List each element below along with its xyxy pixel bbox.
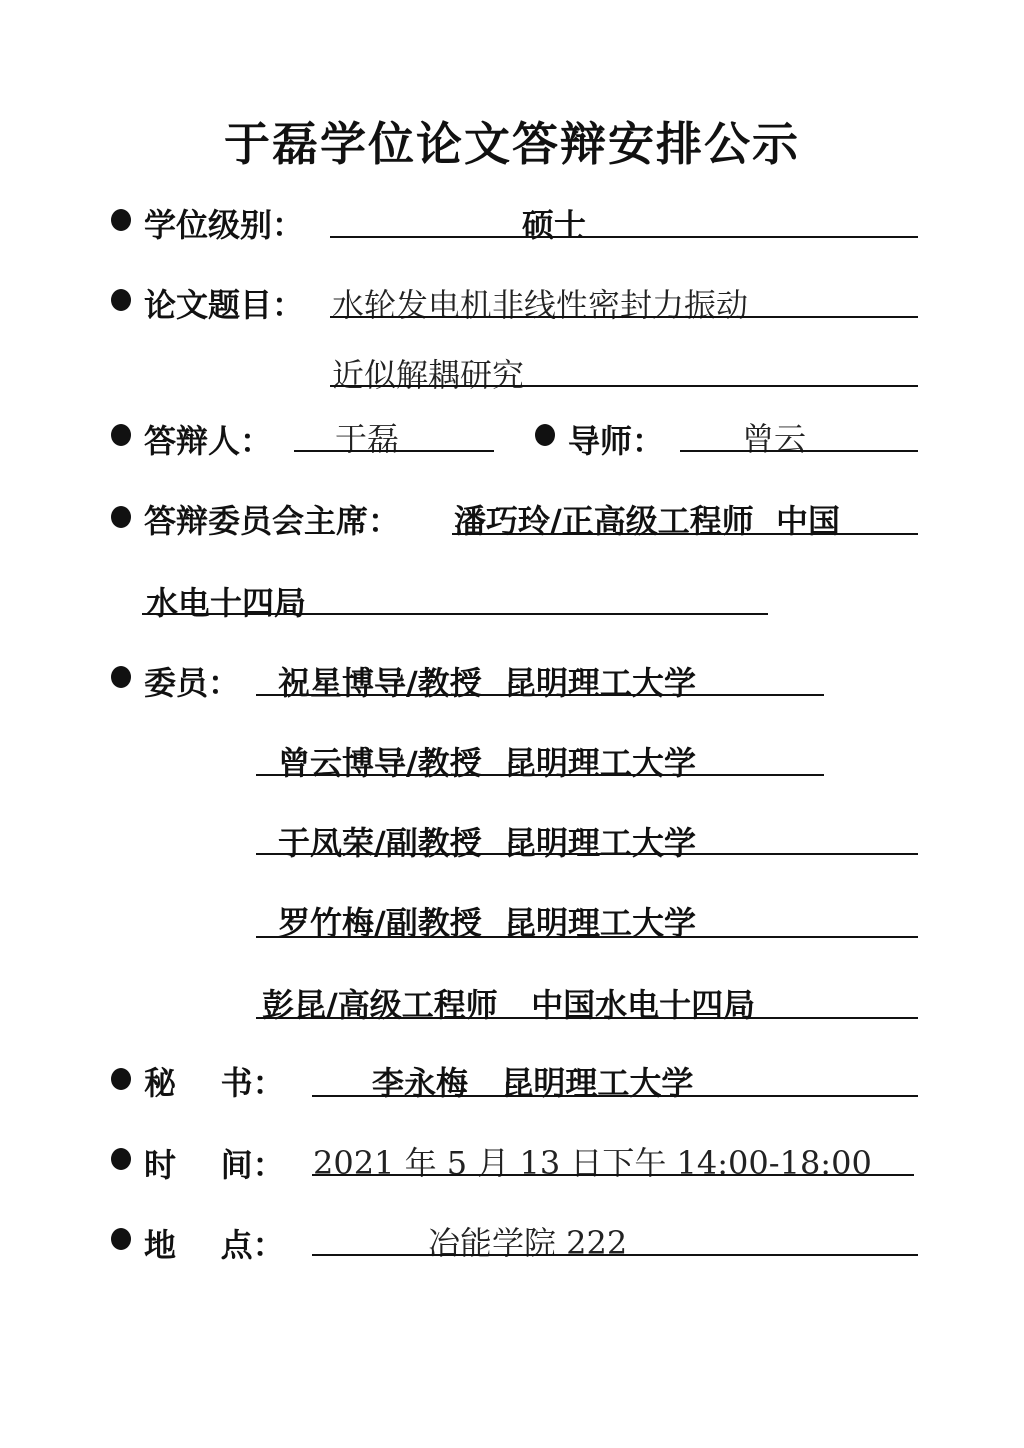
thesis-label: 论文题目： xyxy=(144,280,304,326)
advisor-underline xyxy=(680,450,918,452)
advisor-value: 曾云 xyxy=(742,414,806,460)
degree-value: 硕士 xyxy=(522,200,586,246)
bullet-icon xyxy=(111,666,131,688)
chair-value-line1: 潘巧玲/正高级工程师 中国 xyxy=(454,496,840,542)
member-underline xyxy=(256,1017,918,1019)
chair-label: 答辩委员会主席： xyxy=(144,496,400,542)
bullet-icon xyxy=(535,424,555,446)
page-title: 于磊学位论文答辩安排公示 xyxy=(0,108,1024,174)
secretary-underline xyxy=(312,1095,918,1097)
member-underline xyxy=(256,694,824,696)
degree-label: 学位级别： xyxy=(144,200,304,246)
defender-value: 于磊 xyxy=(335,414,399,460)
bullet-icon xyxy=(111,209,131,231)
thesis-title-line2: 近似解耦研究 xyxy=(332,350,524,396)
member-underline xyxy=(256,853,918,855)
bullet-icon xyxy=(111,1068,131,1090)
chair-underline-2 xyxy=(142,613,768,615)
member-item: 曾云博导/教授 昆明理工大学 xyxy=(278,738,696,784)
member-underline xyxy=(256,774,824,776)
secretary-value: 李永梅 昆明理工大学 xyxy=(372,1058,693,1104)
chair-value-line2: 水电十四局 xyxy=(146,578,306,624)
time-label: 时 间： xyxy=(144,1140,285,1186)
advisor-label: 导师： xyxy=(568,416,664,462)
members-label: 委员： xyxy=(144,658,240,704)
bullet-icon xyxy=(111,506,131,528)
degree-underline xyxy=(330,236,918,238)
member-underline xyxy=(256,936,918,938)
location-label: 地 点： xyxy=(144,1220,285,1266)
location-underline xyxy=(312,1254,918,1256)
bullet-icon xyxy=(111,289,131,311)
time-value: 2021 年 5 月 13 日下午 14:00-18:00 xyxy=(313,1138,872,1184)
thesis-underline-1 xyxy=(330,316,918,318)
member-item: 彭昆/高级工程师 中国水电十四局 xyxy=(262,980,755,1026)
bullet-icon xyxy=(111,1148,131,1170)
member-item: 祝星博导/教授 昆明理工大学 xyxy=(278,658,696,704)
bullet-icon xyxy=(111,1228,131,1250)
member-item: 于凤荣/副教授 昆明理工大学 xyxy=(278,818,696,864)
defender-underline xyxy=(294,450,494,452)
time-underline xyxy=(312,1174,914,1176)
chair-underline-1 xyxy=(452,533,918,535)
bullet-icon xyxy=(111,424,131,446)
secretary-label: 秘 书： xyxy=(144,1058,285,1104)
location-value: 冶能学院 222 xyxy=(428,1218,627,1264)
thesis-underline-2 xyxy=(330,385,918,387)
thesis-title-line1: 水轮发电机非线性密封力振动 xyxy=(332,280,748,326)
defender-label: 答辩人： xyxy=(144,416,272,462)
